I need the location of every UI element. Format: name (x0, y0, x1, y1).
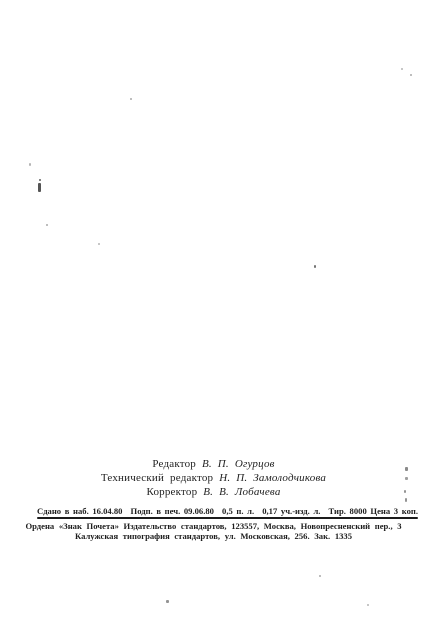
credit-role: Редактор (152, 458, 196, 470)
book-page: Редактор В. П. Огурцов Технический редак… (0, 0, 427, 633)
imprint-data-line: Сдано в наб. 16.04.80 Подп. в печ. 09.06… (37, 506, 418, 516)
scan-speck (319, 575, 321, 577)
credit-name: В. В. Лобачева (203, 486, 280, 498)
scan-speck (367, 604, 369, 606)
colophon-credits: Редактор В. П. Огурцов Технический редак… (0, 457, 427, 499)
scan-speck (314, 265, 316, 268)
scan-speck (405, 477, 408, 480)
imprint-segment-typeset-date: Сдано в наб. 16.04.80 (37, 506, 122, 516)
scan-speck (130, 98, 132, 100)
credit-line-technical-editor: Технический редактор Н. П. Замолодчикова (0, 471, 427, 485)
scan-speck (98, 243, 100, 245)
publisher-block: Ордена «Знак Почета» Издательство станда… (0, 521, 427, 542)
scan-speck (29, 163, 31, 166)
imprint-segment-pub-sheets: 0,17 уч.-изд. л. (262, 506, 320, 516)
scan-speck (166, 600, 169, 603)
scan-speck (410, 74, 412, 76)
credit-role: Технический редактор (101, 472, 213, 484)
printer-line: Калужская типография стандартов, ул. Мос… (0, 531, 427, 542)
scan-speck (401, 68, 403, 70)
imprint-segment-print-date: Подп. в печ. 09.06.80 (131, 506, 214, 516)
scan-speck (39, 179, 41, 181)
scan-speck (405, 467, 408, 471)
credit-line-proofreader: Корректор В. В. Лобачева (0, 485, 427, 499)
credit-name: Н. П. Замолодчикова (219, 472, 326, 484)
credit-line-editor: Редактор В. П. Огурцов (0, 457, 427, 471)
scan-speck (46, 224, 48, 226)
publisher-line: Ордена «Знак Почета» Издательство станда… (0, 521, 427, 532)
imprint-segment-print-sheets: 0,5 п. л. (222, 506, 254, 516)
imprint-segment-circulation-price: Тир. 8000 Цена 3 коп. (329, 506, 418, 516)
credit-name: В. П. Огурцов (202, 458, 275, 470)
scan-speck (405, 498, 407, 502)
scan-speck (38, 183, 41, 192)
scan-speck (404, 490, 406, 493)
credit-role: Корректор (146, 486, 197, 498)
divider-rule (37, 517, 418, 519)
